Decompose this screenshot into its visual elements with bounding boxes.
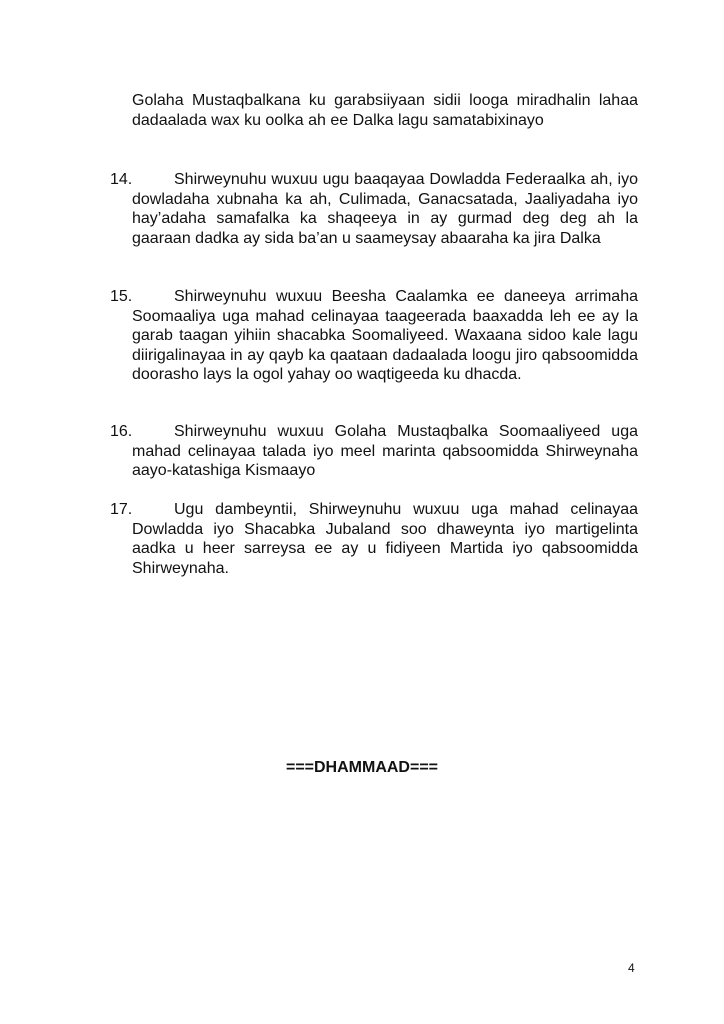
intro-paragraph: Golaha Mustaqbalkana ku garabsiiyaan sid… <box>132 91 638 130</box>
item-text: Shirweynuhu wuxuu ugu baaqayaa Dowladda … <box>132 171 638 247</box>
item-number: 15. <box>110 287 132 307</box>
list-item-17: 17. Ugu dambeyntii, Shirweynuhu wuxuu ug… <box>110 500 638 578</box>
item-number: 16. <box>110 422 132 442</box>
closing-marker: ===DHAMMAAD=== <box>0 759 724 777</box>
list-item-15: 15. Shirweynuhu wuxuu Beesha Caalamka ee… <box>110 287 638 385</box>
item-number: 14. <box>110 170 132 190</box>
page-number: 4 <box>628 961 635 975</box>
item-text: Shirweynuhu wuxuu Golaha Mustaqbalka Soo… <box>132 423 638 479</box>
document-page: Golaha Mustaqbalkana ku garabsiiyaan sid… <box>0 0 724 1024</box>
item-text: Ugu dambeyntii, Shirweynuhu wuxuu uga ma… <box>132 501 638 577</box>
item-number: 17. <box>110 500 132 520</box>
list-item-16: 16. Shirweynuhu wuxuu Golaha Mustaqbalka… <box>110 422 638 481</box>
item-text: Shirweynuhu wuxuu Beesha Caalamka ee dan… <box>132 288 638 383</box>
list-item-14: 14. Shirweynuhu wuxuu ugu baaqayaa Dowla… <box>110 170 638 248</box>
